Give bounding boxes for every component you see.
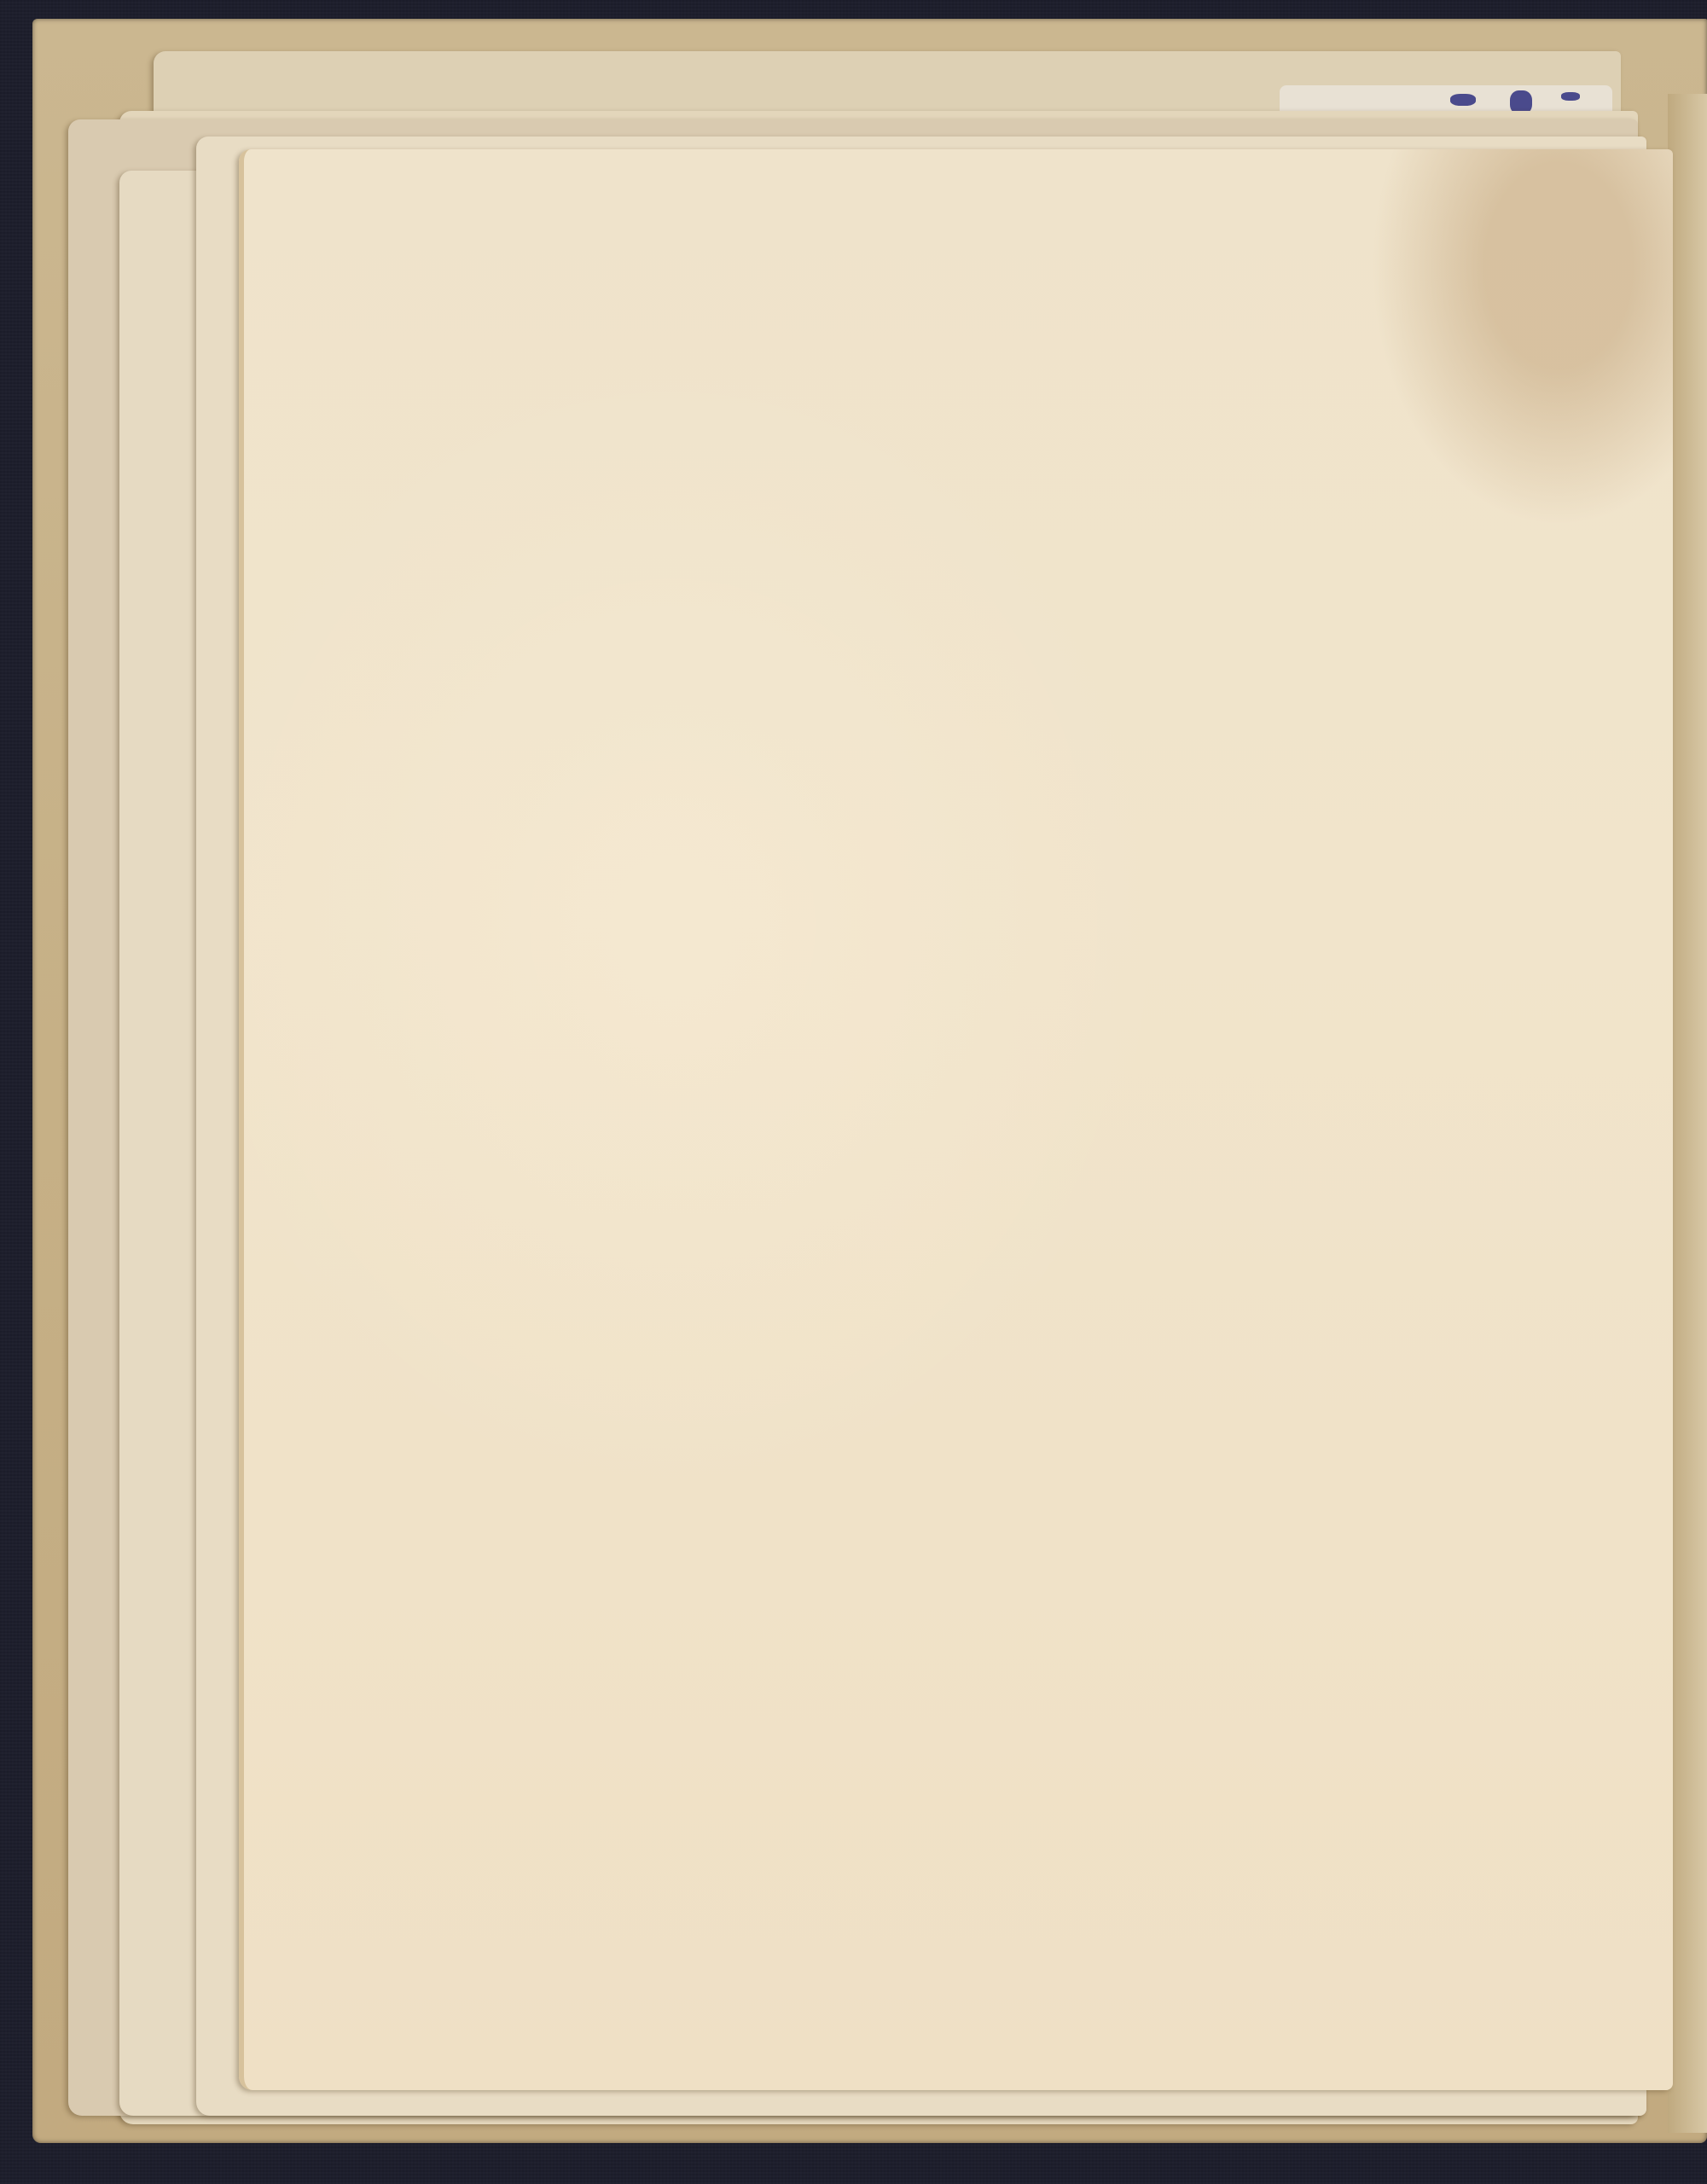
folder-right-flap (1668, 94, 1707, 2133)
blank-paper-sheet-front (239, 149, 1673, 2090)
ink-stain (1450, 94, 1476, 106)
ink-stain (1561, 92, 1580, 101)
